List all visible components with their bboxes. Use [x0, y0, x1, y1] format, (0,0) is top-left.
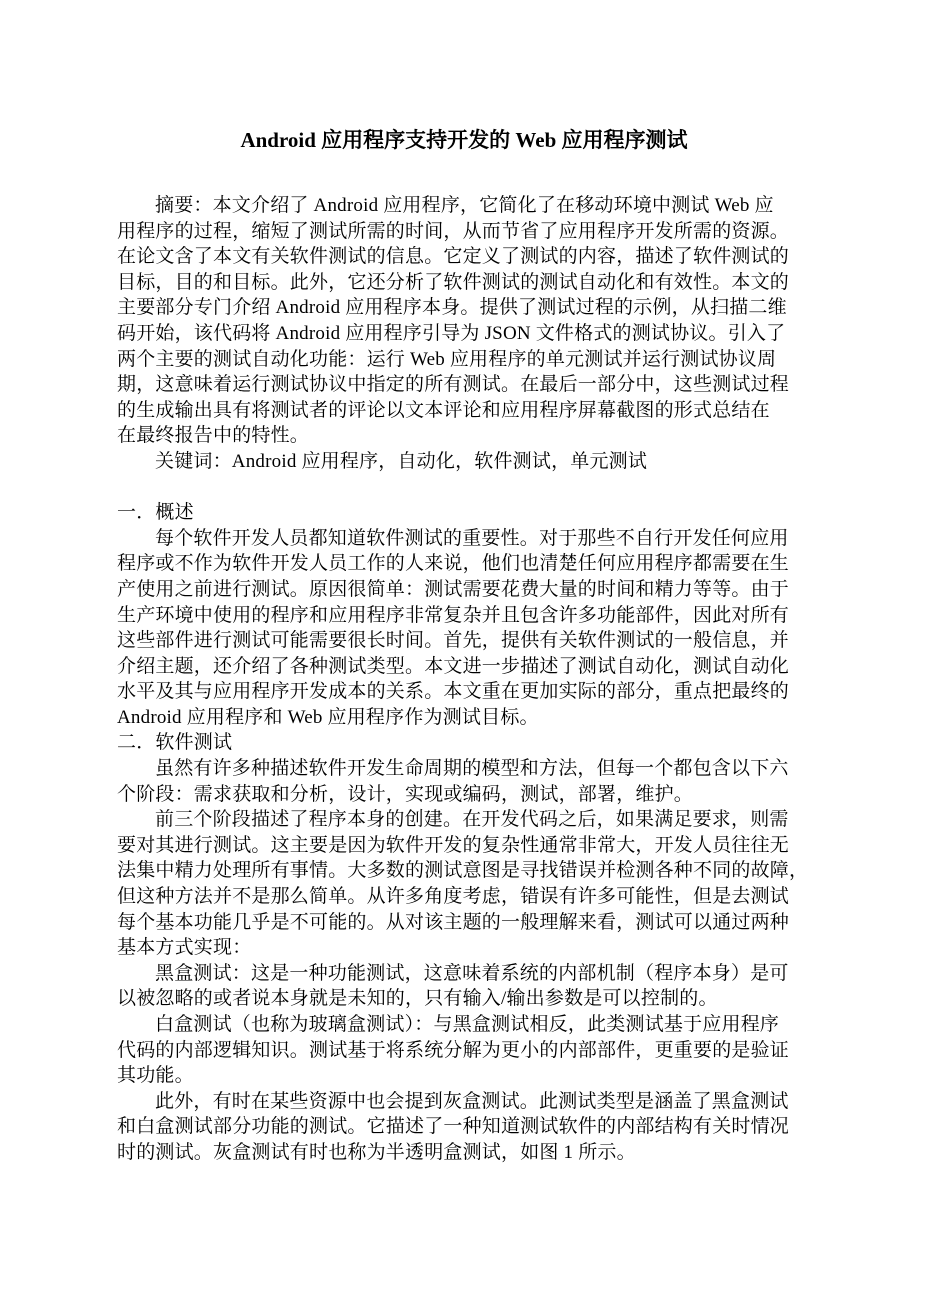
text-line: 水平及其与应用程序开发成本的关系。本文重在更加实际的部分，重点把最终的 [117, 679, 811, 705]
text-line: 的生成输出具有将测试者的评论以文本评论和应用程序屏幕截图的形式总结在 [117, 398, 811, 424]
text-line: 两个主要的测试自动化功能：运行 Web 应用程序的单元测试并运行测试协议周 [117, 347, 811, 373]
document-title: Android 应用程序支持开发的 Web 应用程序测试 [117, 126, 811, 154]
text-line: 在最终报告中的特性。 [117, 423, 811, 449]
text-line: 其功能。 [117, 1063, 811, 1089]
document-content: Android 应用程序支持开发的 Web 应用程序测试 摘要：本文介绍了 An… [117, 126, 811, 1166]
text-line: 在论文含了本文有关软件测试的信息。它定义了测试的内容，描述了软件测试的 [117, 244, 811, 270]
text-line: 码开始，该代码将 Android 应用程序引导为 JSON 文件格式的测试协议。… [117, 321, 811, 347]
blank-line [117, 475, 811, 501]
text-line: 此外，有时在某些资源中也会提到灰盒测试。此测试类型是涵盖了黑盒测试 [117, 1089, 811, 1115]
text-line: 法集中精力处理所有事情。大多数的测试意图是寻找错误并检测各种不同的故障， [117, 858, 811, 884]
text-line: 个阶段：需求获取和分析，设计，实现或编码，测试，部署，维护。 [117, 782, 811, 808]
text-line: 程序或不作为软件开发人员工作的人来说，他们也清楚任何应用程序都需要在生 [117, 551, 811, 577]
text-line: 每个软件开发人员都知道软件测试的重要性。对于那些不自行开发任何应用 [117, 526, 811, 552]
text-line: 虽然有许多种描述软件开发生命周期的模型和方法，但每一个都包含以下六 [117, 756, 811, 782]
text-line: 摘要：本文介绍了 Android 应用程序，它简化了在移动环境中测试 Web 应 [117, 193, 811, 219]
text-line: 黑盒测试：这是一种功能测试，这意味着系统的内部机制（程序本身）是可 [117, 961, 811, 987]
text-line: 期，这意味着运行测试协议中指定的所有测试。在最后一部分中，这些测试过程 [117, 372, 811, 398]
text-line: 主要部分专门介绍 Android 应用程序本身。提供了测试过程的示例，从扫描二维 [117, 295, 811, 321]
text-line: 目标，目的和目标。此外，它还分析了软件测试的测试自动化和有效性。本文的 [117, 270, 811, 296]
document-lines: 摘要：本文介绍了 Android 应用程序，它简化了在移动环境中测试 Web 应… [117, 193, 811, 1166]
text-line: Android 应用程序和 Web 应用程序作为测试目标。 [117, 705, 811, 731]
text-line: 但这种方法并不是那么简单。从许多角度考虑，错误有许多可能性，但是去测试 [117, 884, 811, 910]
text-line: 每个基本功能几乎是不可能的。从对该主题的一般理解来看，测试可以通过两种 [117, 910, 811, 936]
text-line: 用程序的过程，缩短了测试所需的时间，从而节省了应用程序开发所需的资源。 [117, 219, 811, 245]
text-line: 要对其进行测试。这主要是因为软件开发的复杂性通常非常大，开发人员往往无 [117, 833, 811, 859]
text-line: 关键词：Android 应用程序，自动化，软件测试，单元测试 [117, 449, 811, 475]
text-line: 前三个阶段描述了程序本身的创建。在开发代码之后，如果满足要求，则需 [117, 807, 811, 833]
text-line: 代码的内部逻辑知识。测试基于将系统分解为更小的内部部件，更重要的是验证 [117, 1038, 811, 1064]
text-line: 白盒测试（也称为玻璃盒测试）：与黑盒测试相反，此类测试基于应用程序 [117, 1012, 811, 1038]
text-line: 以被忽略的或者说本身就是未知的，只有输入/输出参数是可以控制的。 [117, 986, 811, 1012]
text-line: 时的测试。灰盒测试有时也称为半透明盒测试，如图 1 所示。 [117, 1140, 811, 1166]
text-line: 基本方式实现： [117, 935, 811, 961]
text-line: 介绍主题，还介绍了各种测试类型。本文进一步描述了测试自动化，测试自动化 [117, 654, 811, 680]
text-line: 这些部件进行测试可能需要很长时间。首先，提供有关软件测试的一般信息，并 [117, 628, 811, 654]
text-line: 生产环境中使用的程序和应用程序非常复杂并且包含许多功能部件，因此对所有 [117, 603, 811, 629]
text-line: 产使用之前进行测试。原因很简单：测试需要花费大量的时间和精力等等。由于 [117, 577, 811, 603]
section-heading: 一．概述 [117, 500, 811, 526]
section-heading: 二．软件测试 [117, 730, 811, 756]
document-page: Android 应用程序支持开发的 Web 应用程序测试 摘要：本文介绍了 An… [0, 0, 926, 1309]
text-line: 和白盒测试部分功能的测试。它描述了一种知道测试软件的内部结构有关时情况 [117, 1114, 811, 1140]
